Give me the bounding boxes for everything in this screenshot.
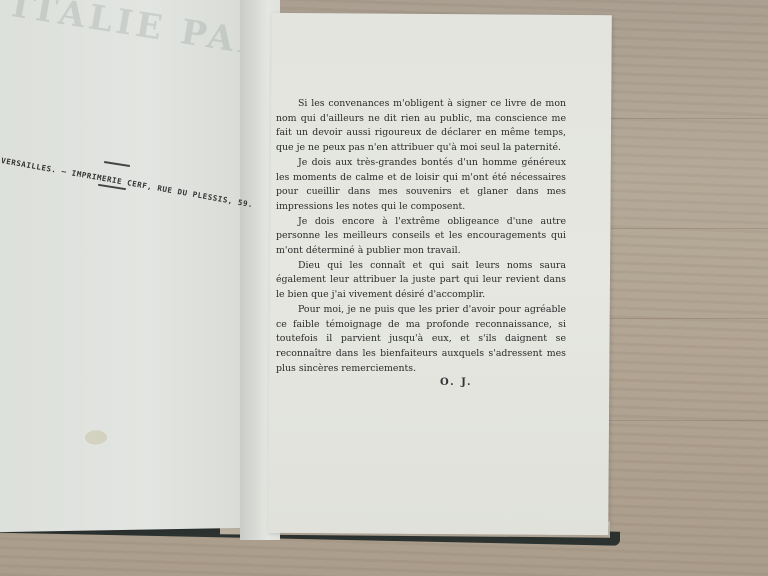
left-page: ITALIE PARIS	[0, 0, 252, 532]
table-plank-seam	[600, 118, 768, 119]
paragraph: Si les convenances m'obligent à signer c…	[276, 97, 566, 156]
paragraph: Dieu qui les connaît et qui sait leurs n…	[276, 259, 566, 303]
table-plank-seam	[600, 318, 768, 319]
author-signature: O. J.	[440, 377, 473, 388]
preface-text: Si les convenances m'obligent à signer c…	[276, 97, 566, 376]
table-plank-seam	[600, 420, 768, 421]
table-plank-seam	[600, 228, 768, 229]
paragraph: Je dois encore à l'extrême obligeance d'…	[276, 215, 566, 259]
page-stain	[85, 430, 107, 444]
paragraph: Pour moi, je ne puis que les prier d'avo…	[276, 303, 566, 377]
paragraph: Je dois aux très-grandes bontés d'un hom…	[276, 156, 566, 215]
